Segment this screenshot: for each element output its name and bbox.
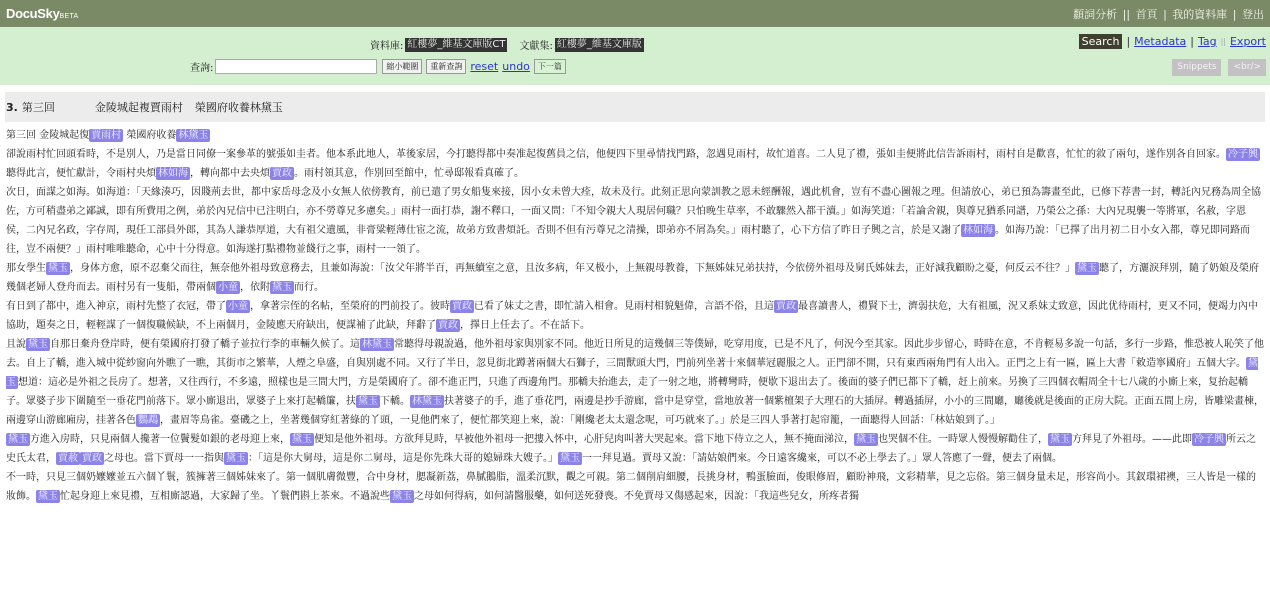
document-chapter: 第三回	[22, 99, 55, 115]
entity-tag[interactable]: 黛玉	[224, 452, 248, 465]
entity-tag[interactable]: 黛玉	[6, 433, 30, 446]
entity-tag[interactable]: 賈政	[436, 319, 460, 332]
text-run: 聽得此言，便忙獻計，令雨村央煩	[6, 168, 156, 179]
text-run: ，拿著宗侄的名帖，至榮府的門前投了。彼時	[250, 301, 450, 312]
requery-button[interactable]: 重新查詢	[426, 59, 466, 74]
text-paragraph: 黛玉方進入房時，只見兩個人攙著一位鬢髮如銀的老母迎上來，黛玉便知是他外祖母。方欲…	[6, 430, 1264, 468]
nav-my-database[interactable]: 我的資料庫	[1172, 8, 1227, 21]
next-document-button[interactable]: 下一篇	[534, 59, 566, 74]
text-run: 卻說雨村忙回頭看時，不是別人，乃是當日同僚一案參革的號張如圭者。他本系此地人，革…	[6, 149, 1226, 160]
corpus-value: 紅樓夢_維基文庫版	[555, 38, 644, 52]
text-run: 便知是他外祖母。方欲拜見時，早被他外祖母一把摟入怀中，心肝兒肉叫著大哭起來。當下…	[314, 434, 854, 445]
nav-separator: ||	[1123, 8, 1130, 21]
tab-search[interactable]: Search	[1079, 34, 1123, 49]
tab-separator: ||	[1221, 37, 1226, 46]
entity-tag[interactable]: 鸚鵡	[136, 414, 160, 427]
entity-tag[interactable]: 黛玉	[1048, 433, 1072, 446]
text-run: 第三回 金陵城起復	[6, 130, 89, 141]
text-run: 方進入房時，只見兩個人攙著一位鬢髮如銀的老母迎上來，	[30, 434, 290, 445]
text-run: ，畫眉等鳥雀。臺磯之上，坐著幾個穿紅著綠的丫頭，一見他們來了，便忙都笑迎上來，說…	[160, 415, 1000, 426]
entity-tag[interactable]: 黛玉	[390, 490, 414, 503]
text-run: 之母也。當下賈母一一指與	[104, 453, 224, 464]
brand-name: DocuSky	[6, 6, 60, 21]
entity-tag[interactable]: 林黛玉	[360, 338, 394, 351]
tab-tag[interactable]: Tag	[1198, 35, 1217, 48]
entity-tag[interactable]: 黛玉	[558, 452, 582, 465]
entity-tag[interactable]: 冷子興	[1192, 433, 1226, 446]
entity-tag[interactable]: 黛玉	[290, 433, 314, 446]
entity-tag[interactable]: 黛玉	[356, 395, 380, 408]
brand-beta-label: BETA	[60, 13, 79, 20]
control-bar: 資料庫: 紅樓夢_維基文庫版CT 文獻集: 紅樓夢_維基文庫版 查詢: 縮小範圍…	[0, 27, 1270, 85]
entity-tag[interactable]: 黛玉	[26, 338, 50, 351]
text-run: 已看了妹丈之書，即忙請入相會。見雨村相貌魁偉，言語不俗，且這	[474, 301, 774, 312]
query-row: 查詢: 縮小範圍 重新查詢 reset undo 下一篇	[190, 59, 566, 74]
entity-tag[interactable]: 林黛玉	[410, 395, 444, 408]
text-run: ，身体方愈，原不忍棄父而往，無奈他外祖母致意務去，且兼如海說：「汝父年將半百，再…	[70, 263, 1075, 274]
top-nav: 纇詞分析 || 首頁 | 我的資料庫 | 登出	[1073, 6, 1264, 22]
text-run: 榮國府收養	[123, 130, 176, 141]
text-run: 而行。	[294, 282, 324, 293]
text-paragraph: 第三回 金陵城起復賈雨村 榮國府收養林黛玉	[6, 126, 1264, 145]
text-run: 那女學生	[6, 263, 46, 274]
entity-tag[interactable]: 黛玉	[270, 281, 294, 294]
undo-link[interactable]: undo	[502, 60, 530, 73]
text-run: 自那日棄舟登岸時，便有榮國府打發了轎子並拉行李的車輛久候了。這	[50, 339, 360, 350]
tab-metadata[interactable]: Metadata	[1134, 35, 1186, 48]
text-paragraph: 卻說雨村忙回頭看時，不是別人，乃是當日同僚一案參革的號張如圭者。他本系此地人，革…	[6, 145, 1264, 183]
line-break-button[interactable]: <br/>	[1228, 59, 1266, 76]
entity-tag[interactable]: 黛玉	[854, 433, 878, 446]
query-label: 查詢:	[190, 59, 213, 74]
text-run: ，轉向都中去央煩	[190, 168, 270, 179]
entity-tag[interactable]: 小童	[216, 281, 240, 294]
text-run: 一一拜見過。賈母又說：「請姑娘們來。今日遠客纔來，可以不必上學去了。」眾人答應了…	[582, 453, 1062, 464]
entity-tag[interactable]: 賈政	[774, 300, 798, 313]
nav-logout[interactable]: 登出	[1242, 8, 1264, 21]
nav-term-analysis[interactable]: 纇詞分析	[1073, 8, 1117, 21]
text-run: ，依附	[240, 282, 270, 293]
entity-tag[interactable]: 賈赦	[56, 452, 80, 465]
entity-tag[interactable]: 賈政	[450, 300, 474, 313]
text-paragraph: 次日，面謀之如海。如海道：「天緣湊巧，因賤荊去世，都中家岳母念及小女無人依傍教育…	[6, 183, 1264, 259]
reset-link[interactable]: reset	[470, 60, 498, 73]
entity-tag[interactable]: 賈雨村	[89, 129, 123, 142]
query-input[interactable]	[215, 59, 377, 74]
text-paragraph: 且說黛玉自那日棄舟登岸時，便有榮國府打發了轎子並拉行李的車輛久候了。這林黛玉常聽…	[6, 335, 1264, 430]
entity-tag[interactable]: 黛玉	[1075, 262, 1099, 275]
text-run: 下轎。	[380, 396, 410, 407]
entity-tag[interactable]: 小童	[226, 300, 250, 313]
document-title-bar: 3. 第三回 金陵城起複賈雨村 榮國府收養林黛玉	[5, 92, 1265, 122]
text-paragraph: 那女學生黛玉，身体方愈，原不忍棄父而往，無奈他外祖母致意務去，且兼如海說：「汝父…	[6, 259, 1264, 297]
database-value: 紅樓夢_維基文庫版CT	[405, 38, 507, 52]
document-title-part1: 金陵城起複賈雨村	[95, 99, 183, 115]
text-run: 且說	[6, 339, 26, 350]
entity-tag[interactable]: 冷子興	[1226, 148, 1260, 161]
entity-tag[interactable]: 黛玉	[46, 262, 70, 275]
text-run: 忙起身迎上來見禮，互相廝認過，大家歸了坐。丫鬟們斟上茶來。不過說些	[60, 491, 390, 502]
entity-tag[interactable]: 林黛玉	[176, 129, 210, 142]
text-run: 之母如何得病，如何請醫服藥，如何送死發喪。不免賈母又傷感起來，因說：「我這些兒女…	[414, 491, 859, 502]
mode-tabs: Search | Metadata | Tag || Export	[1079, 34, 1266, 49]
text-run: ，擇日上任去了。不在話下。	[460, 320, 590, 331]
tab-separator: |	[1126, 35, 1130, 48]
document-title-part2: 榮國府收養林黛玉	[195, 99, 283, 115]
document-text: 第三回 金陵城起復賈雨村 榮國府收養林黛玉卻說雨村忙回頭看時，不是別人，乃是當日…	[0, 122, 1270, 506]
text-run: 有日到了都中，進入神京，雨村先整了衣冠，帶了	[6, 301, 226, 312]
narrow-scope-button[interactable]: 縮小範圍	[382, 59, 422, 74]
text-run: 方拜見了外祖母。——此即	[1072, 434, 1192, 445]
entity-tag[interactable]: 林如海	[156, 167, 190, 180]
entity-tag[interactable]: 賈政	[270, 167, 294, 180]
tab-export[interactable]: Export	[1230, 35, 1266, 48]
snippets-button[interactable]: Snippets	[1172, 59, 1221, 76]
text-run: 也哭個不住。一時眾人慢慢解勸住了，	[878, 434, 1048, 445]
entity-tag[interactable]: 賈政	[80, 452, 104, 465]
tab-separator: |	[1190, 35, 1194, 48]
document-number: 3.	[6, 101, 18, 114]
entity-tag[interactable]: 林如海	[961, 224, 995, 237]
database-label: 資料庫:	[370, 37, 403, 52]
text-run: ：「這是你大舅母，這是你二舅母，這是你先珠大哥的媳婦珠大嫂子。」	[248, 453, 558, 464]
brand-logo[interactable]: DocuSkyBETA	[6, 6, 79, 21]
corpus-label: 文獻集:	[519, 37, 552, 52]
text-paragraph: 不一時，只見三個奶嬤嬤並五六個丫鬟，簇擁著三個姊妹來了。第一個肌膚微豐，合中身材…	[6, 468, 1264, 506]
entity-tag[interactable]: 黛玉	[36, 490, 60, 503]
database-info: 資料庫: 紅樓夢_維基文庫版CT 文獻集: 紅樓夢_維基文庫版	[370, 37, 644, 52]
view-buttons: Snippets <br/>	[1165, 59, 1266, 76]
nav-separator: |	[1233, 8, 1237, 21]
nav-separator: |	[1163, 8, 1167, 21]
text-paragraph: 有日到了都中，進入神京，雨村先整了衣冠，帶了小童，拿著宗侄的名帖，至榮府的門前投…	[6, 297, 1264, 335]
top-bar: DocuSkyBETA 纇詞分析 || 首頁 | 我的資料庫 | 登出	[0, 0, 1270, 27]
nav-home[interactable]: 首頁	[1136, 8, 1158, 21]
text-run: 。雨村領其意，作別回至館中，忙尋邸報看真確了。	[294, 168, 524, 179]
